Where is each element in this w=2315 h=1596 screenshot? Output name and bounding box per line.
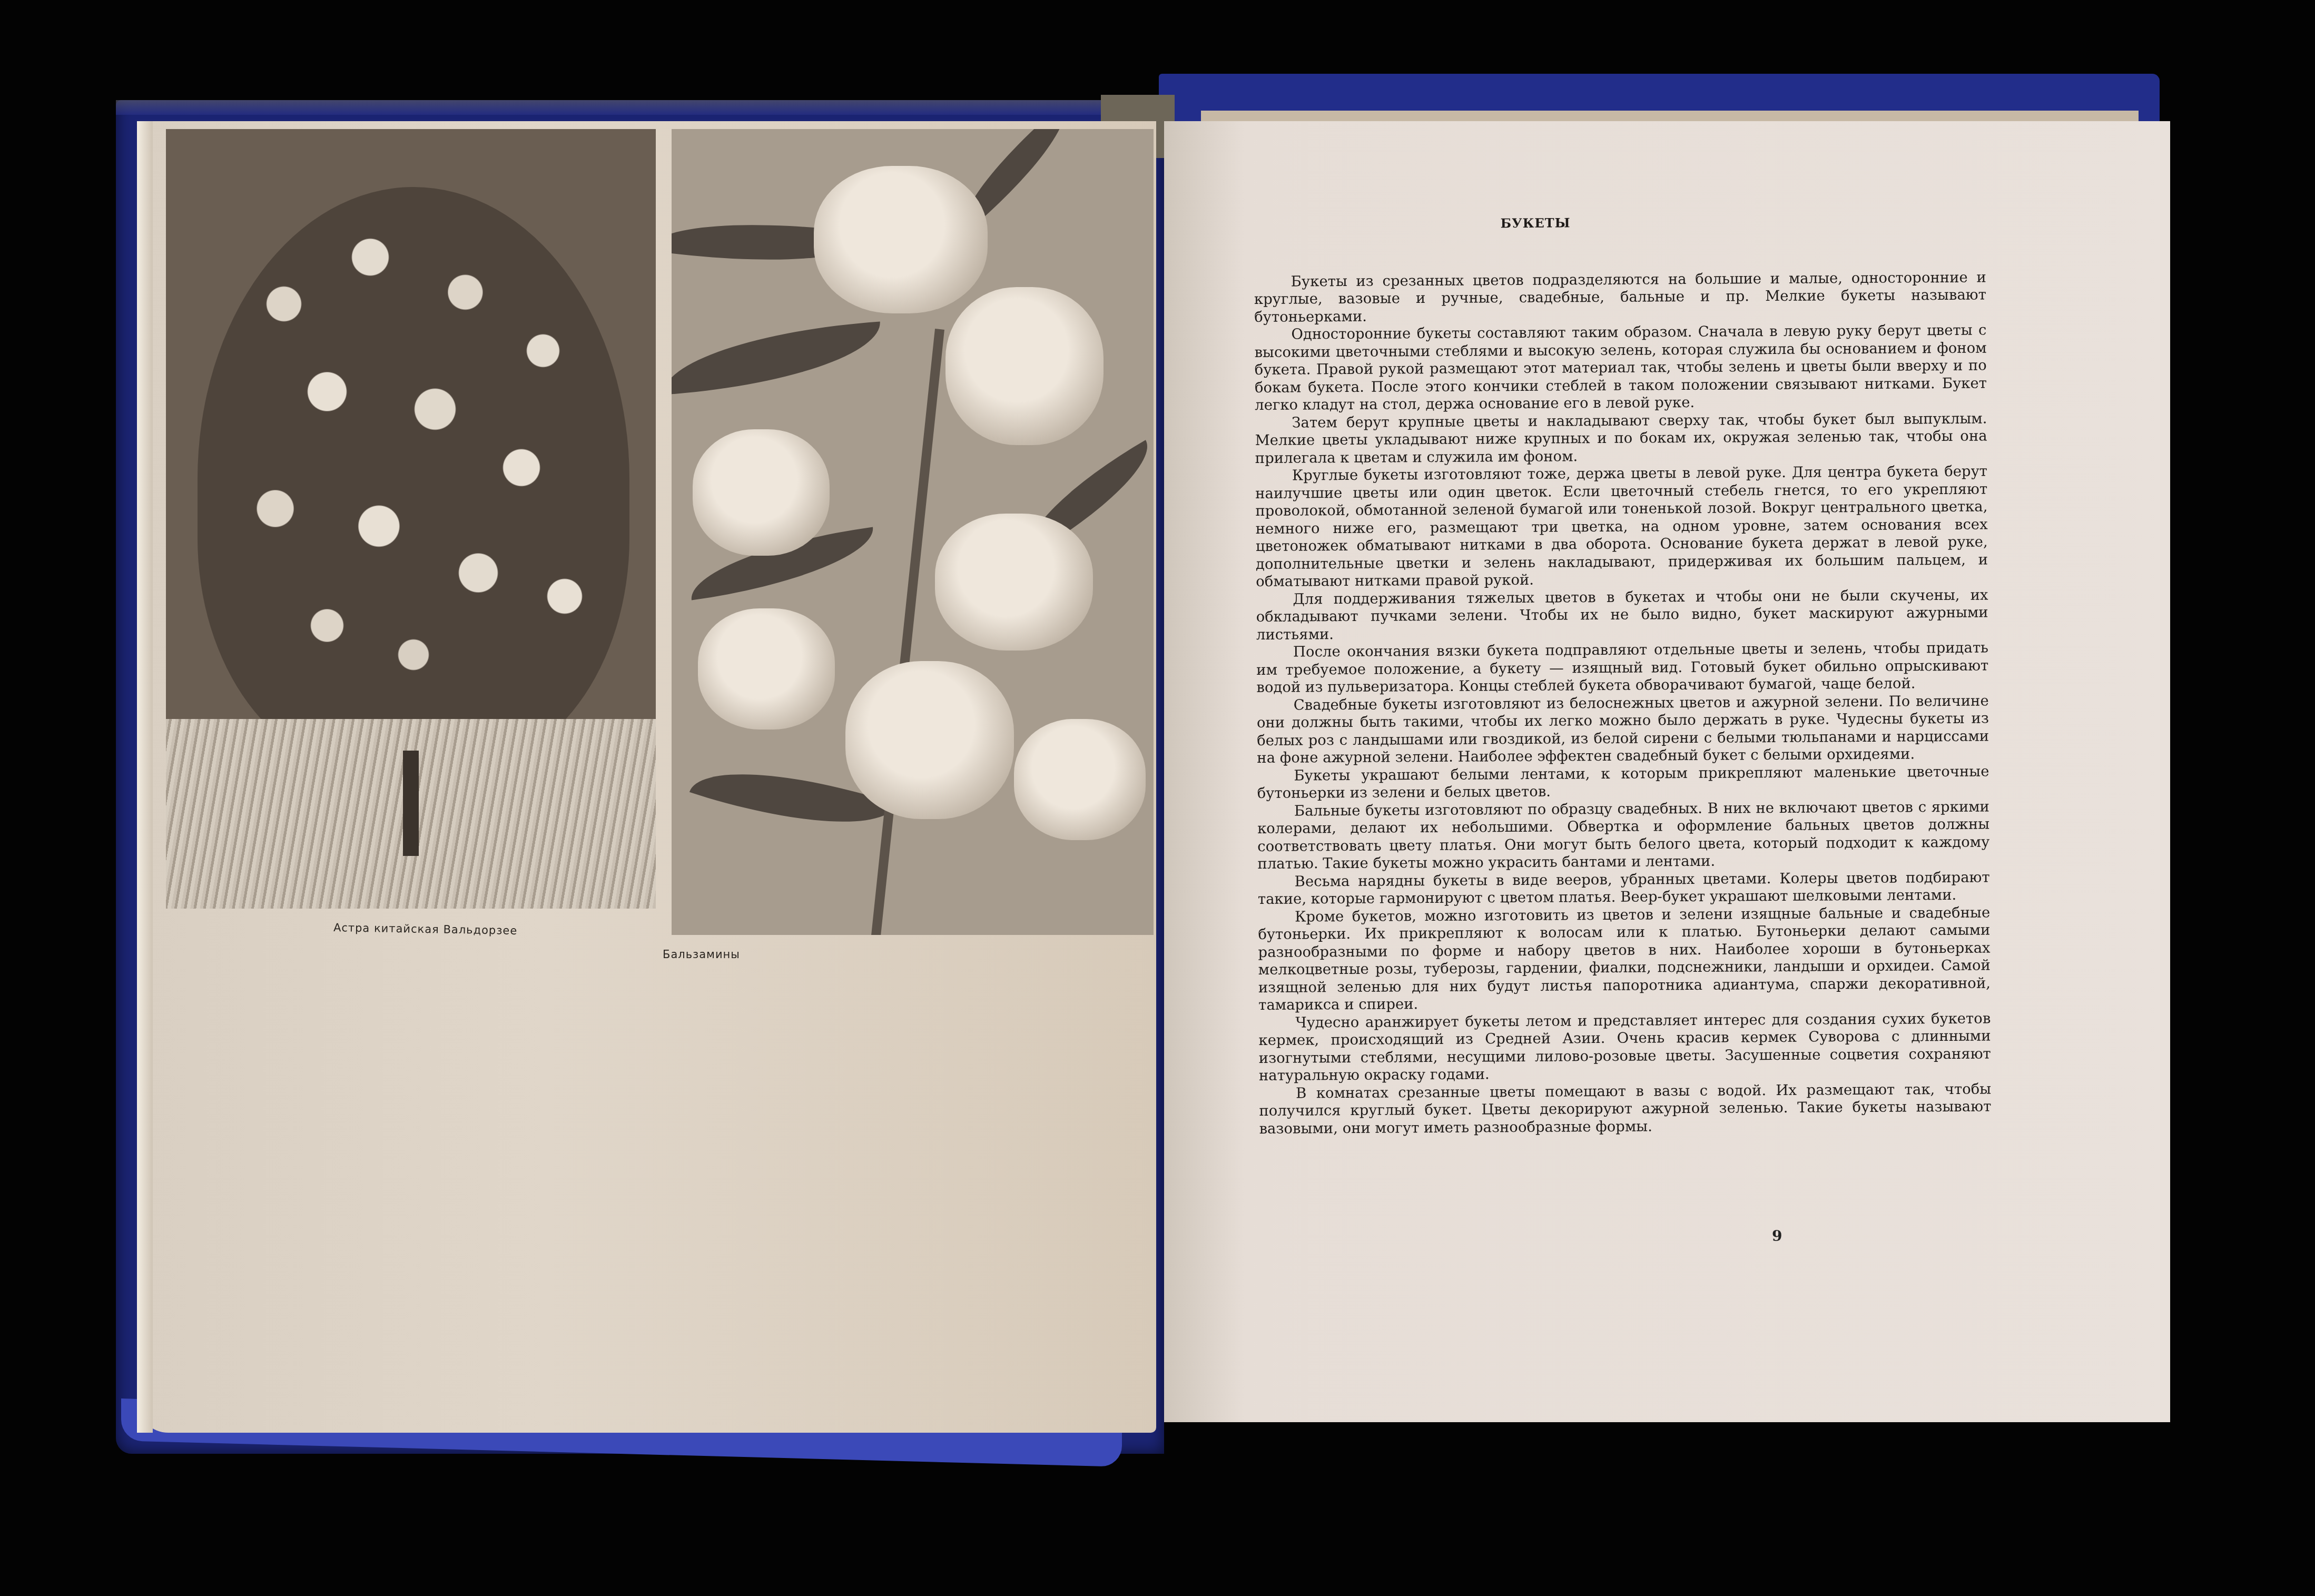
paragraph: Затем берут крупные цветы и накладывают … bbox=[1255, 410, 1987, 467]
balsam-photo bbox=[672, 129, 1154, 935]
flower-shape bbox=[935, 514, 1093, 651]
paragraph: Чудесно аранжирует букеты летом и предст… bbox=[1258, 1010, 1991, 1085]
paragraph: В комнатах срезанные цветы помещают в ва… bbox=[1259, 1080, 1992, 1138]
body-text: БУКЕТЫ Букеты из срезанных цветов подраз… bbox=[1254, 212, 1992, 1138]
paragraph: Свадебные букеты изготовляют из белоснеж… bbox=[1257, 692, 1989, 767]
paragraph: Круглые букеты изготовляют тоже, держа ц… bbox=[1255, 463, 1988, 591]
flower-shape bbox=[693, 429, 830, 556]
paragraph: После окончания вязки букета подправляют… bbox=[1256, 639, 1989, 696]
aster-bush-illustration bbox=[198, 187, 629, 772]
flower-shape bbox=[814, 166, 988, 313]
paragraph: Букеты из срезанных цветов подразделяютс… bbox=[1254, 269, 1987, 326]
paragraph: Весьма нарядны букеты в виде вееров, убр… bbox=[1258, 869, 1990, 908]
aster-photo bbox=[166, 129, 656, 909]
balsam-caption: Бальзамины bbox=[663, 948, 740, 961]
chapter-title: БУКЕТЫ bbox=[1254, 212, 1986, 234]
flower-shape bbox=[945, 287, 1104, 445]
paragraph: Букеты украшают белыми лентами, к которы… bbox=[1257, 763, 1989, 802]
leaf-shape bbox=[672, 321, 884, 395]
flower-stem bbox=[869, 329, 944, 935]
flower-shape bbox=[698, 608, 835, 730]
paragraph: Бальные букеты изготовляют по образцу св… bbox=[1257, 798, 1990, 873]
flower-shape bbox=[845, 661, 1014, 819]
aster-stem bbox=[403, 751, 419, 856]
page-edge bbox=[137, 121, 153, 1433]
page-number: 9 bbox=[1772, 1227, 1782, 1245]
paragraph: Односторонние букеты составляют таким об… bbox=[1254, 322, 1987, 415]
paragraph: Кроме букетов, можно изготовить из цвето… bbox=[1258, 904, 1991, 1014]
flower-shape bbox=[1014, 719, 1146, 840]
paragraph: Для поддерживания тяжелых цветов в букет… bbox=[1256, 586, 1988, 644]
